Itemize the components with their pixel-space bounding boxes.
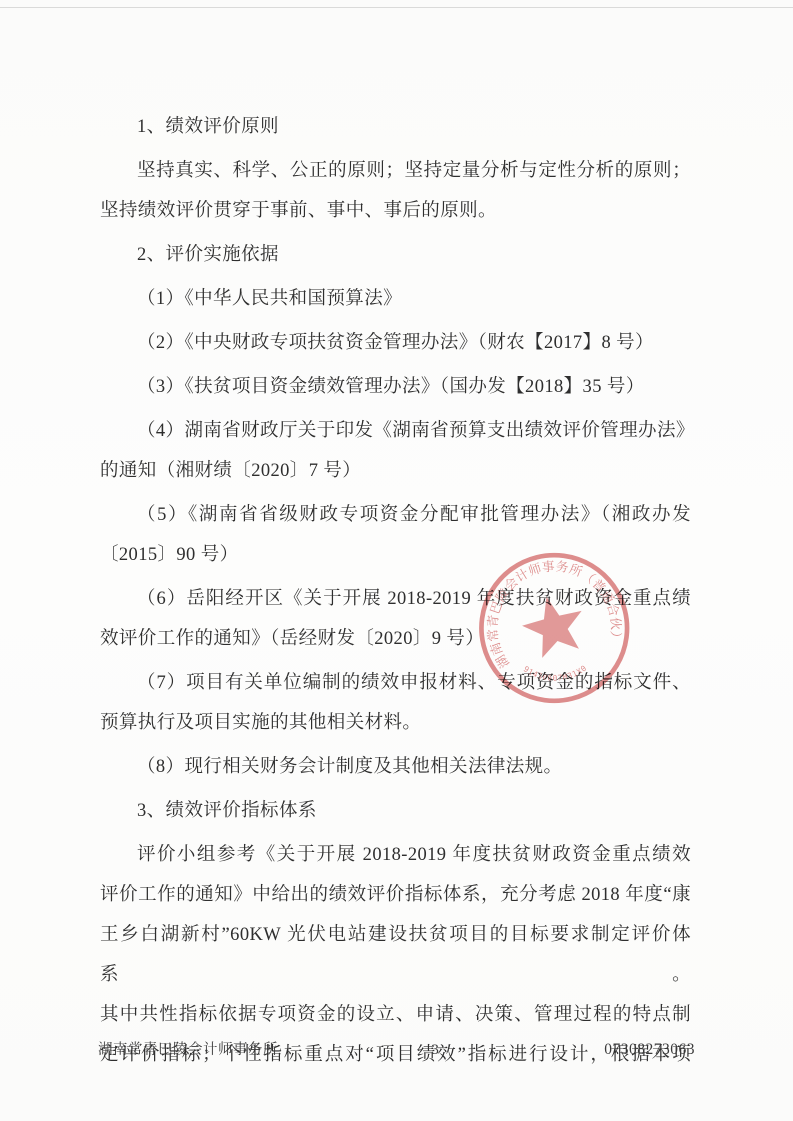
text-line: （7）项目有关单位编制的绩效申报材料、专项资金的指标文件、: [100, 663, 691, 703]
list-item-7: （7）项目有关单位编制的绩效申报材料、专项资金的指标文件、预算执行及项目实施的其…: [100, 663, 691, 743]
list-item-6: （6）岳阳经开区《关于开展 2018-2019 年度扶贫财政资金重点绩效评价工作…: [100, 579, 691, 659]
text-line: （2）《中央财政专项扶贫资金管理办法》（财农【2017】8 号）: [100, 323, 691, 363]
text-line: 1、绩效评价原则: [100, 107, 691, 147]
text-line: 〔2015〕90 号）: [100, 535, 691, 575]
text-line: （5）《湖南省省级财政专项资金分配审批管理办法》（湘政办发: [100, 495, 691, 535]
text-line: （3）《扶贫项目资金绩效管理办法》（国办发【2018】35 号）: [100, 367, 691, 407]
text-line: 的通知（湘财绩〔2020〕7 号）: [100, 451, 691, 491]
section-heading-2: 2、评价实施依据: [100, 235, 691, 275]
text-line: 坚持绩效评价贯穿于事前、事中、事后的原则。: [100, 191, 691, 231]
text-line: 预算执行及项目实施的其他相关材料。: [100, 703, 691, 743]
text-line: 3、绩效评价指标体系: [100, 791, 691, 831]
text-line: 2、评价实施依据: [100, 235, 691, 275]
text-line: 其中共性指标依据专项资金的设立、申请、决策、管理过程的特点制: [100, 995, 691, 1035]
section-heading-1: 1、绩效评价原则: [100, 107, 691, 147]
section-heading-3: 3、绩效评价指标体系: [100, 791, 691, 831]
document-body: 1、绩效评价原则坚持真实、科学、公正的原则；坚持定量分析与定性分析的原则；坚持绩…: [100, 107, 691, 1075]
list-item-2: （2）《中央财政专项扶贫资金管理办法》（财农【2017】8 号）: [100, 323, 691, 363]
list-item-3: （3）《扶贫项目资金绩效管理办法》（国办发【2018】35 号）: [100, 367, 691, 407]
list-item-1: （1）《中华人民共和国预算法》: [100, 279, 691, 319]
scan-edge-line: [0, 7, 793, 8]
text-line: （1）《中华人民共和国预算法》: [100, 279, 691, 319]
list-item-4: （4）湖南省财政厅关于印发《湖南省预算支出绩效评价管理办法》的通知（湘财绩〔20…: [100, 411, 691, 491]
footer-page-number: 3: [431, 1042, 439, 1059]
footer-firm-name: 湖南常青巴陵会计师事务所: [98, 1038, 278, 1059]
page-footer: 湖南常青巴陵会计师事务所 3 07308273063: [0, 1038, 793, 1059]
footer-phone: 07308273063: [604, 1041, 695, 1059]
list-item-8: （8）现行相关财务会计制度及其他相关法律法规。: [100, 747, 691, 787]
list-item-5: （5）《湖南省省级财政专项资金分配审批管理办法》（湘政办发〔2015〕90 号）: [100, 495, 691, 575]
text-line: （6）岳阳经开区《关于开展 2018-2019 年度扶贫财政资金重点绩: [100, 579, 691, 619]
text-line: （4）湖南省财政厅关于印发《湖南省预算支出绩效评价管理办法》: [100, 411, 691, 451]
text-line: 效评价工作的通知》（岳经财发〔2020〕9 号）: [100, 619, 691, 659]
document-page: 1、绩效评价原则坚持真实、科学、公正的原则；坚持定量分析与定性分析的原则；坚持绩…: [0, 0, 793, 1121]
paragraph-principles: 坚持真实、科学、公正的原则；坚持定量分析与定性分析的原则；坚持绩效评价贯穿于事前…: [100, 151, 691, 231]
text-line: 评价工作的通知》中给出的绩效评价指标体系，充分考虑 2018 年度“康: [100, 875, 691, 915]
text-line: 坚持真实、科学、公正的原则；坚持定量分析与定性分析的原则；: [100, 151, 691, 191]
text-line: 王乡白湖新村”60KW 光伏电站建设扶贫项目的目标要求制定评价体系。: [100, 915, 691, 995]
text-line: 评价小组参考《关于开展 2018-2019 年度扶贫财政资金重点绩效: [100, 835, 691, 875]
text-line: （8）现行相关财务会计制度及其他相关法律法规。: [100, 747, 691, 787]
